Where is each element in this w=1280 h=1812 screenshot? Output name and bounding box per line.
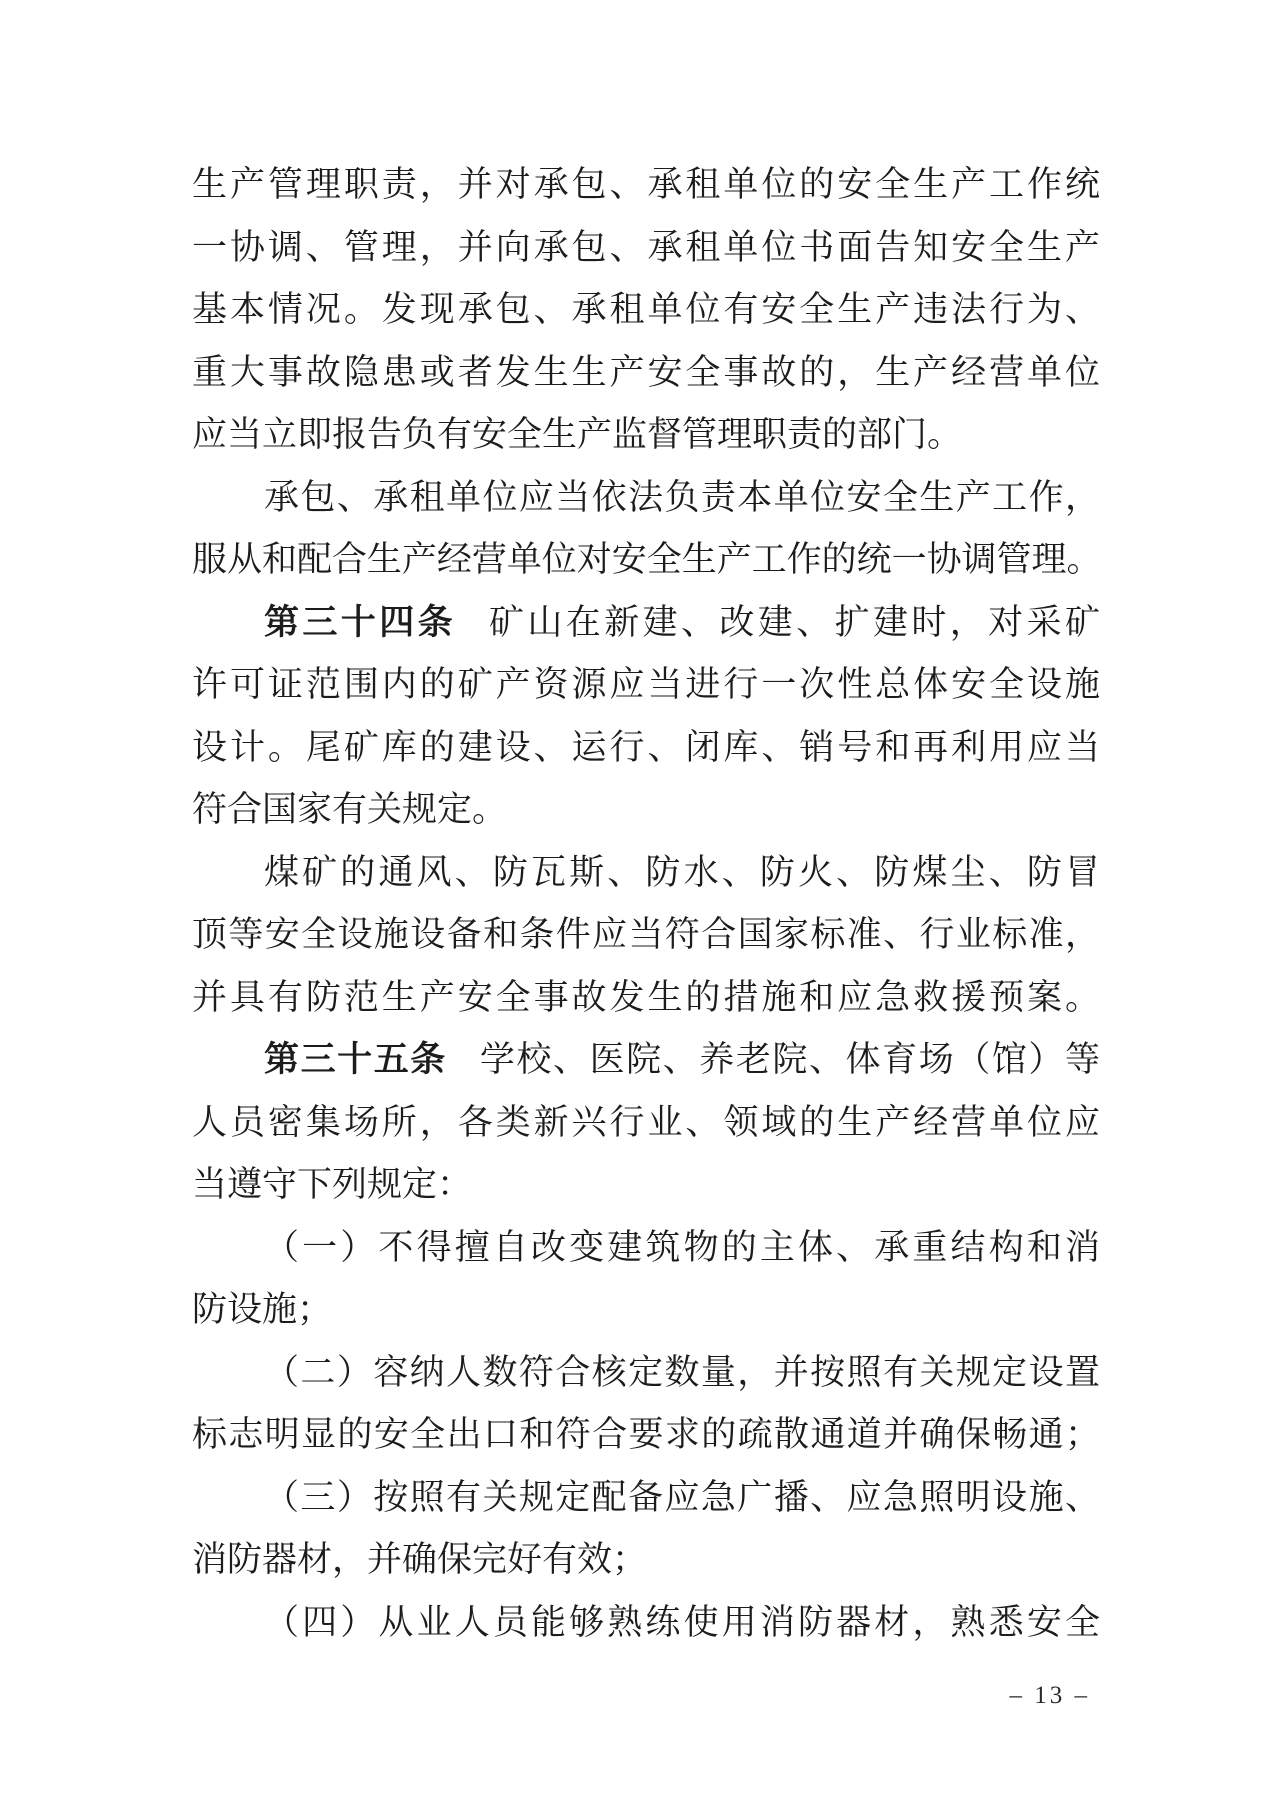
text-line: 服从和配合生产经营单位对安全生产工作的统一协调管理。: [192, 529, 1100, 592]
article-number: 第三十五条: [264, 1040, 447, 1079]
text-block: 生产管理职责，并对承包、承租单位的安全生产工作统一协调、管理，并向承包、承租单位…: [192, 154, 1100, 1654]
document-page: 生产管理职责，并对承包、承租单位的安全生产工作统一协调、管理，并向承包、承租单位…: [0, 0, 1280, 1812]
page-number: – 13 –: [940, 1682, 1090, 1710]
article-number: 第三十四条: [264, 603, 456, 642]
text-line: 当遵守下列规定：: [192, 1154, 1100, 1217]
text-line: 应当立即报告负有安全生产监督管理职责的部门。: [192, 404, 1100, 467]
text-line: 第三十五条学校、医院、养老院、体育场（馆）等: [192, 1029, 1100, 1092]
text-line: 煤矿的通风、防瓦斯、防水、防火、防煤尘、防冒: [192, 842, 1100, 905]
text-line: 重大事故隐患或者发生生产安全事故的，生产经营单位: [192, 342, 1100, 405]
text-line: 人员密集场所，各类新兴行业、领域的生产经营单位应: [192, 1092, 1100, 1155]
text-line: （三）按照有关规定配备应急广播、应急照明设施、: [192, 1467, 1100, 1530]
text-line: 防设施；: [192, 1279, 1100, 1342]
text-line: 许可证范围内的矿产资源应当进行一次性总体安全设施: [192, 654, 1100, 717]
text-line: 消防器材，并确保完好有效；: [192, 1529, 1100, 1592]
text-line: 并具有防范生产安全事故发生的措施和应急救援预案。: [192, 967, 1100, 1030]
text-line: 顶等安全设施设备和条件应当符合国家标准、行业标准，: [192, 904, 1100, 967]
text-line: 设计。尾矿库的建设、运行、闭库、销号和再利用应当: [192, 717, 1100, 780]
text-line: 生产管理职责，并对承包、承租单位的安全生产工作统: [192, 154, 1100, 217]
text-line: （四）从业人员能够熟练使用消防器材，熟悉安全: [192, 1592, 1100, 1655]
text-line: 第三十四条矿山在新建、改建、扩建时，对采矿: [192, 592, 1100, 655]
text-line: （二）容纳人数符合核定数量，并按照有关规定设置: [192, 1342, 1100, 1405]
text-line: 符合国家有关规定。: [192, 779, 1100, 842]
text-line: （一）不得擅自改变建筑物的主体、承重结构和消: [192, 1217, 1100, 1280]
text-line: 承包、承租单位应当依法负责本单位安全生产工作，: [192, 467, 1100, 530]
text-line: 标志明显的安全出口和符合要求的疏散通道并确保畅通；: [192, 1404, 1100, 1467]
text-line: 一协调、管理，并向承包、承租单位书面告知安全生产: [192, 217, 1100, 280]
text-line: 基本情况。发现承包、承租单位有安全生产违法行为、: [192, 279, 1100, 342]
